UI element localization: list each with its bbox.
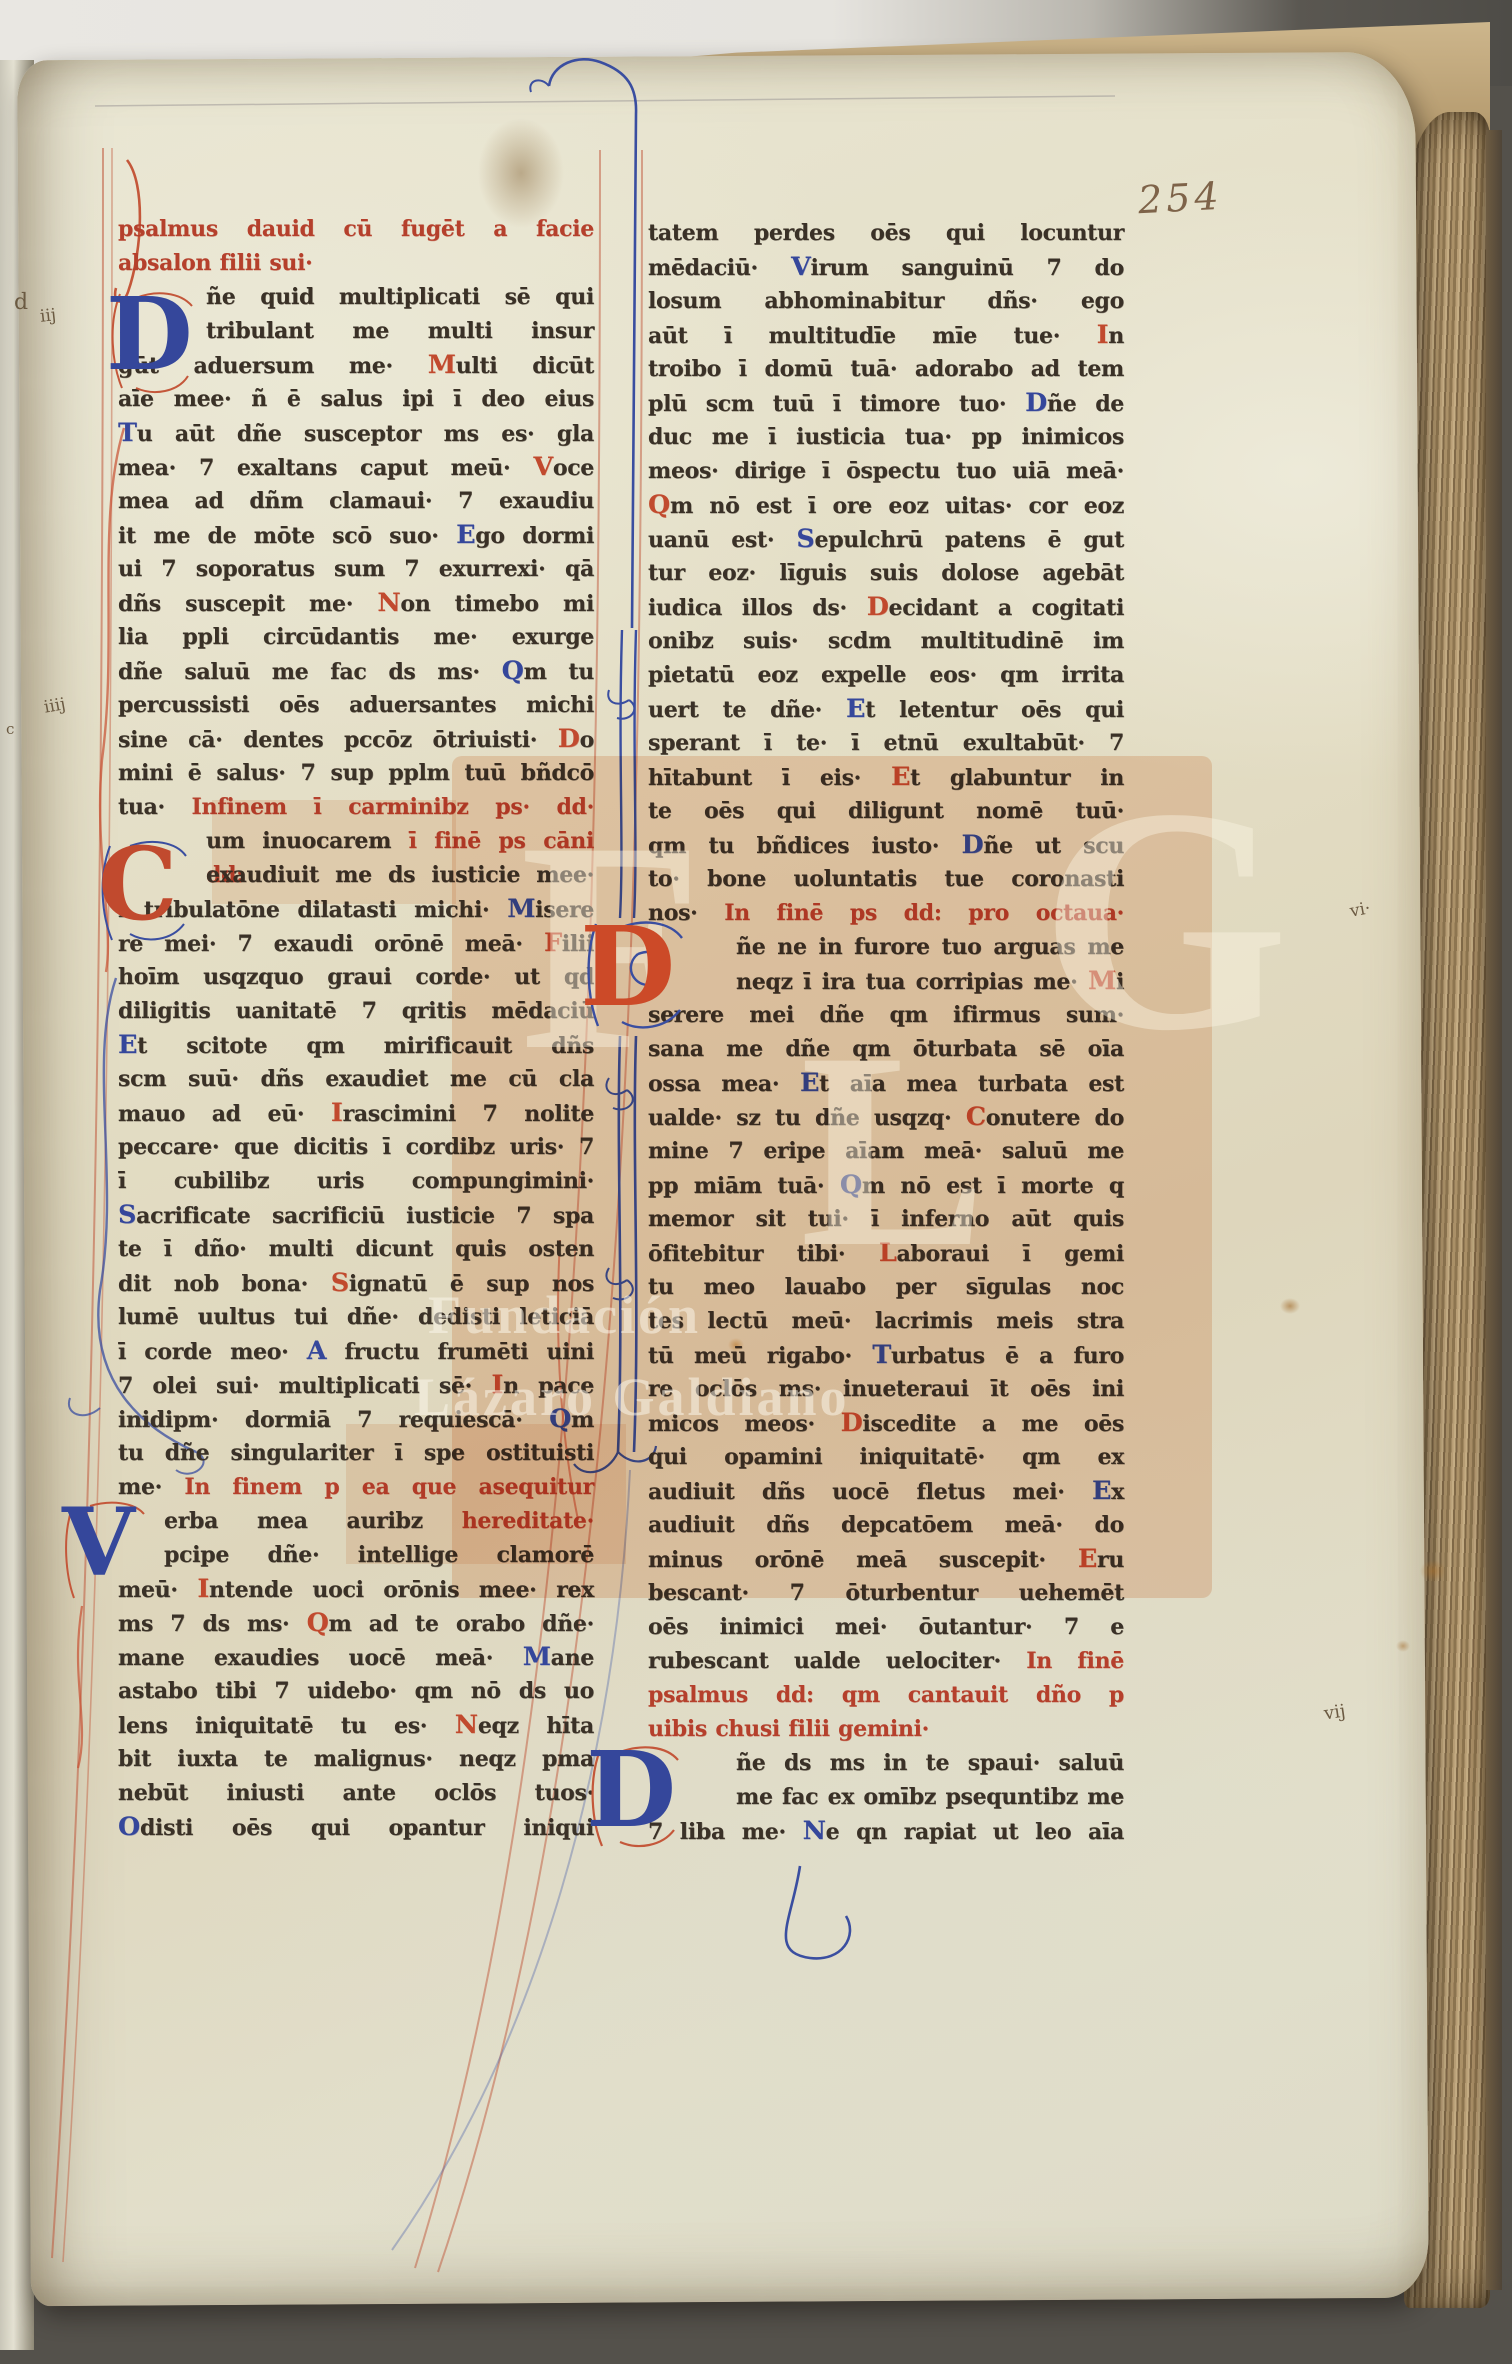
body-text: oēs inimici mei· ōutantur· 7 e [648, 1614, 1124, 1640]
body-text: tatem perdes oēs qui locuntur [648, 220, 1124, 246]
versal-letter-blue: S [796, 524, 814, 554]
margin-note: iiij [42, 694, 67, 717]
text-line: tatem perdes oēs qui locuntur [648, 216, 1124, 250]
versal-letter-red: D [558, 724, 580, 754]
manuscript-photo: psalmus dauid cū fugēt a facieabsalon fi… [0, 0, 1512, 2364]
body-text: iudica illos ds· [648, 595, 867, 621]
body-text: mane exaudies uocē meā· [118, 1645, 523, 1671]
body-text: losum abhominabitur dñs· ego [648, 288, 1124, 314]
body-text: ecidant a cogitati [889, 595, 1124, 621]
text-line: mea· 7 exaltans caput meū· Voce [118, 450, 594, 484]
body-text: dit nob bona· [118, 1271, 331, 1297]
illuminated-initial-psalm3: D [106, 284, 193, 384]
watermark-tint [212, 800, 456, 904]
text-line: percussisti oēs aduersantes michi [118, 688, 594, 722]
body-text: lens iniquitatē tu es· [118, 1713, 455, 1739]
book-cover-right-edge [1486, 130, 1502, 2290]
versal-letter-blue: M [523, 1642, 551, 1672]
initial-letter: C [98, 834, 178, 934]
text-line: me fac ex omībz psequntibz me [648, 1780, 1124, 1814]
body-text: tur eoz· līguis suis dolose agebāt [648, 560, 1124, 586]
body-text: e qn rapiat ut leo aīa [826, 1819, 1124, 1845]
body-text: percussisti oēs aduersantes michi [118, 692, 594, 718]
versal-letter-red: Q [648, 490, 670, 520]
illuminated-initial-psalm7: D [586, 1738, 676, 1842]
body-text: dñs suscepit me· [118, 591, 377, 617]
margin-note: c [6, 720, 14, 738]
text-line: uibis chusi filii gemini· [648, 1712, 1124, 1746]
text-line: uanū est· Sepulchrū patens ē gut [648, 522, 1124, 556]
text-line: mane exaudies uocē meā· Mane [118, 1640, 594, 1674]
text-line: lens iniquitatē tu es· Neqz hīta [118, 1708, 594, 1742]
watermark-text-line2: Lázaro Galdiano [414, 1366, 850, 1428]
illuminated-initial-psalm6: D [580, 912, 675, 1022]
body-text: mēdaciū· [648, 255, 791, 281]
text-line: nebūt iniusti ante oclōs tuos· [118, 1776, 594, 1810]
body-text: it me de mōte scō suo· [118, 523, 456, 549]
text-line: psalmus dd: qm cantauit dño p [648, 1678, 1124, 1712]
versal-letter-blue: N [803, 1816, 826, 1846]
text-line: Tu aūt dñe susceptor ms es· gla [118, 416, 594, 450]
body-text: eqz hīta [478, 1713, 594, 1739]
body-text: ui 7 soporatus sum 7 exurrexi· qā [118, 556, 594, 582]
watermark-monogram-letter: G [1040, 760, 1289, 1080]
watermark-tint [346, 1424, 626, 1564]
body-text: irum sanguinū 7 do [810, 255, 1124, 281]
body-text: go dormi [475, 523, 594, 549]
text-line: rubescant ualde uelociter· In finē [648, 1644, 1124, 1678]
body-text: tribulant me multi insur [206, 318, 594, 344]
body-text: u aūt dñe susceptor ms es· gla [137, 421, 594, 447]
quire-signature: vi· [1348, 898, 1372, 921]
text-line: bit iuxta te malignus· neqz pma [118, 1742, 594, 1776]
body-text: oce [553, 455, 594, 481]
text-line: dñe saluū me fac ds ms· Qm tu [118, 654, 594, 688]
text-line: oēs inimici mei· ōutantur· 7 e [648, 1610, 1124, 1644]
body-text: mauo ad eū· [118, 1101, 331, 1127]
versal-letter-red: D [867, 592, 889, 622]
body-text: duc me ī iusticia tua· pp inimicos [648, 424, 1124, 450]
initial-letter: D [106, 284, 193, 384]
body-text: tua· [118, 794, 192, 820]
body-text: uanū est· [648, 527, 796, 553]
illuminated-initial-psalm4: C [98, 834, 178, 934]
versal-letter-blue: O [118, 1812, 140, 1842]
versal-letter-red: V [533, 452, 553, 482]
text-line: aūt ī multitudīe mīe tue· In [648, 318, 1124, 352]
versal-letter-red: N [455, 1710, 478, 1740]
body-text: m tu [524, 659, 594, 685]
body-text: on timebo mi [400, 591, 594, 617]
versal-letter-blue: S [118, 1200, 136, 1230]
versal-letter-blue: Q [502, 656, 524, 686]
body-text: ñe ds ms in te spaui· saluū [736, 1750, 1124, 1776]
versal-letter-red: Q [307, 1608, 329, 1638]
illuminated-initial-psalm5: V [62, 1496, 135, 1590]
initial-letter: V [62, 1496, 135, 1590]
body-text: ms 7 ds ms· [118, 1611, 307, 1637]
text-line: tur eoz· līguis suis dolose agebāt [648, 556, 1124, 590]
margin-note: d [14, 290, 28, 315]
body-text: pietatū eoz expelle eos· qm irrita [648, 662, 1124, 688]
body-text: ulti dicūt [456, 353, 594, 379]
versal-letter-blue: V [791, 252, 811, 282]
body-text: aūt ī multitudīe mīe tue· [648, 323, 1097, 349]
body-text: m ad te orabo dñe· [329, 1611, 594, 1637]
body-text: t letentur oēs qui [865, 697, 1124, 723]
text-line: ñe ds ms in te spaui· saluū [648, 1746, 1124, 1780]
body-text: ñe quid multiplicati sē qui [206, 284, 594, 310]
quire-signature: vij [1323, 1701, 1347, 1725]
text-line: astabo tibi 7 uidebo· qm nō ds uo [118, 1674, 594, 1708]
body-text: plū scm tuū ī timore tuo· [648, 391, 1025, 417]
body-text: epulchrū patens ē gut [815, 527, 1125, 553]
body-text: bit iuxta te malignus· neqz pma [118, 1746, 594, 1772]
text-line: onibz suis· scdm multitudinē im [648, 624, 1124, 658]
text-line: pietatū eoz expelle eos· qm irrita [648, 658, 1124, 692]
versal-letter-blue: D [1025, 388, 1047, 418]
text-line: it me de mōte scō suo· Ego dormi [118, 518, 594, 552]
text-line: duc me ī iusticia tua· pp inimicos [648, 420, 1124, 454]
initial-letter: D [580, 912, 675, 1022]
body-text: dñe saluū me fac ds ms· [118, 659, 502, 685]
text-line: psalmus dauid cū fugēt a facie [118, 212, 594, 246]
text-line: mēdaciū· Virum sanguinū 7 do [648, 250, 1124, 284]
body-text: astabo tibi 7 uidebo· qm nō ds uo [118, 1678, 594, 1704]
body-text: rubescant ualde uelociter· [648, 1648, 1026, 1674]
body-text: o [580, 727, 594, 753]
text-line: Odisti oēs qui opantur iniqui [118, 1810, 594, 1844]
rubric-text: absalon filii sui· [118, 250, 313, 276]
text-line: troibo ī domū tuā· adorabo ad tem [648, 352, 1124, 386]
versal-letter-blue: T [118, 418, 137, 448]
text-line: sine cā· dentes pccōz ōtriuisti· Do [118, 722, 594, 756]
versal-letter-red: M [428, 350, 456, 380]
versal-letter-red: S [331, 1268, 349, 1298]
body-text: onibz suis· scdm multitudinē im [648, 628, 1124, 654]
versal-letter-blue: E [118, 1030, 137, 1060]
text-line: losum abhominabitur dñs· ego [648, 284, 1124, 318]
watermark-monogram-letter: L [800, 1010, 987, 1290]
body-text: meos· dirige ī ōspectu tuo uiā meā· [648, 458, 1124, 484]
versal-letter-red: N [377, 588, 400, 618]
text-line: mea ad dñm clamaui· 7 exaudiu [118, 484, 594, 518]
text-line: ms 7 ds ms· Qm ad te orabo dñe· [118, 1606, 594, 1640]
body-text: mea ad dñm clamaui· 7 exaudiu [118, 488, 594, 514]
versal-letter-blue: E [456, 520, 475, 550]
text-line: lia ppli circūdantis me· exurge [118, 620, 594, 654]
margin-note: iij [39, 305, 57, 327]
text-line: iudica illos ds· Decidant a cogitati [648, 590, 1124, 624]
rubric-text: psalmus dauid cū fugēt a facie [118, 216, 594, 242]
folio-number: 254 [1137, 174, 1224, 222]
body-text: ñe de [1047, 391, 1124, 417]
body-text: ī corde meo· [118, 1339, 307, 1365]
text-line: uert te dñe· Et letentur oēs qui [648, 692, 1124, 726]
body-text: disti oēs qui opantur iniqui [140, 1815, 594, 1841]
body-text: me fac ex omībz psequntibz me [736, 1784, 1124, 1810]
versal-letter-red: I [1097, 320, 1109, 350]
text-line: plū scm tuū ī timore tuo· Dñe de [648, 386, 1124, 420]
versal-letter-blue: A [307, 1336, 327, 1366]
body-text: n [1108, 323, 1124, 349]
body-text: troibo ī domū tuā· adorabo ad tem [648, 356, 1124, 382]
initial-letter: D [586, 1738, 676, 1842]
rubric-text: psalmus dd: qm cantauit dño p [648, 1682, 1124, 1708]
rubric-text: In finē [1026, 1648, 1124, 1674]
body-text: sine cā· dentes pccōz ōtriuisti· [118, 727, 558, 753]
body-text: uert te dñe· [648, 697, 846, 723]
versal-letter-red: I [331, 1098, 343, 1128]
versal-letter-red: I [197, 1574, 209, 1604]
versal-letter-blue: E [846, 694, 865, 724]
body-text: m nō est ī ore eoz uitas· cor eoz [670, 493, 1124, 519]
body-text: lia ppli circūdantis me· exurge [118, 624, 594, 650]
text-line: Qm nō est ī ore eoz uitas· cor eoz [648, 488, 1124, 522]
body-text: nebūt iniusti ante oclōs tuos· [118, 1780, 594, 1806]
body-text: ane [551, 1645, 594, 1671]
watermark-text-line1: Fundación [428, 1284, 701, 1346]
text-line: meos· dirige ī ōspectu tuo uiā meā· [648, 454, 1124, 488]
body-text: mea· 7 exaltans caput meū· [118, 455, 533, 481]
text-line: ui 7 soporatus sum 7 exurrexi· qā [118, 552, 594, 586]
rubric-text: uibis chusi filii gemini· [648, 1716, 929, 1742]
text-line: dñs suscepit me· Non timebo mi [118, 586, 594, 620]
text-line: 7 liba me· Ne qn rapiat ut leo aīa [648, 1814, 1124, 1848]
